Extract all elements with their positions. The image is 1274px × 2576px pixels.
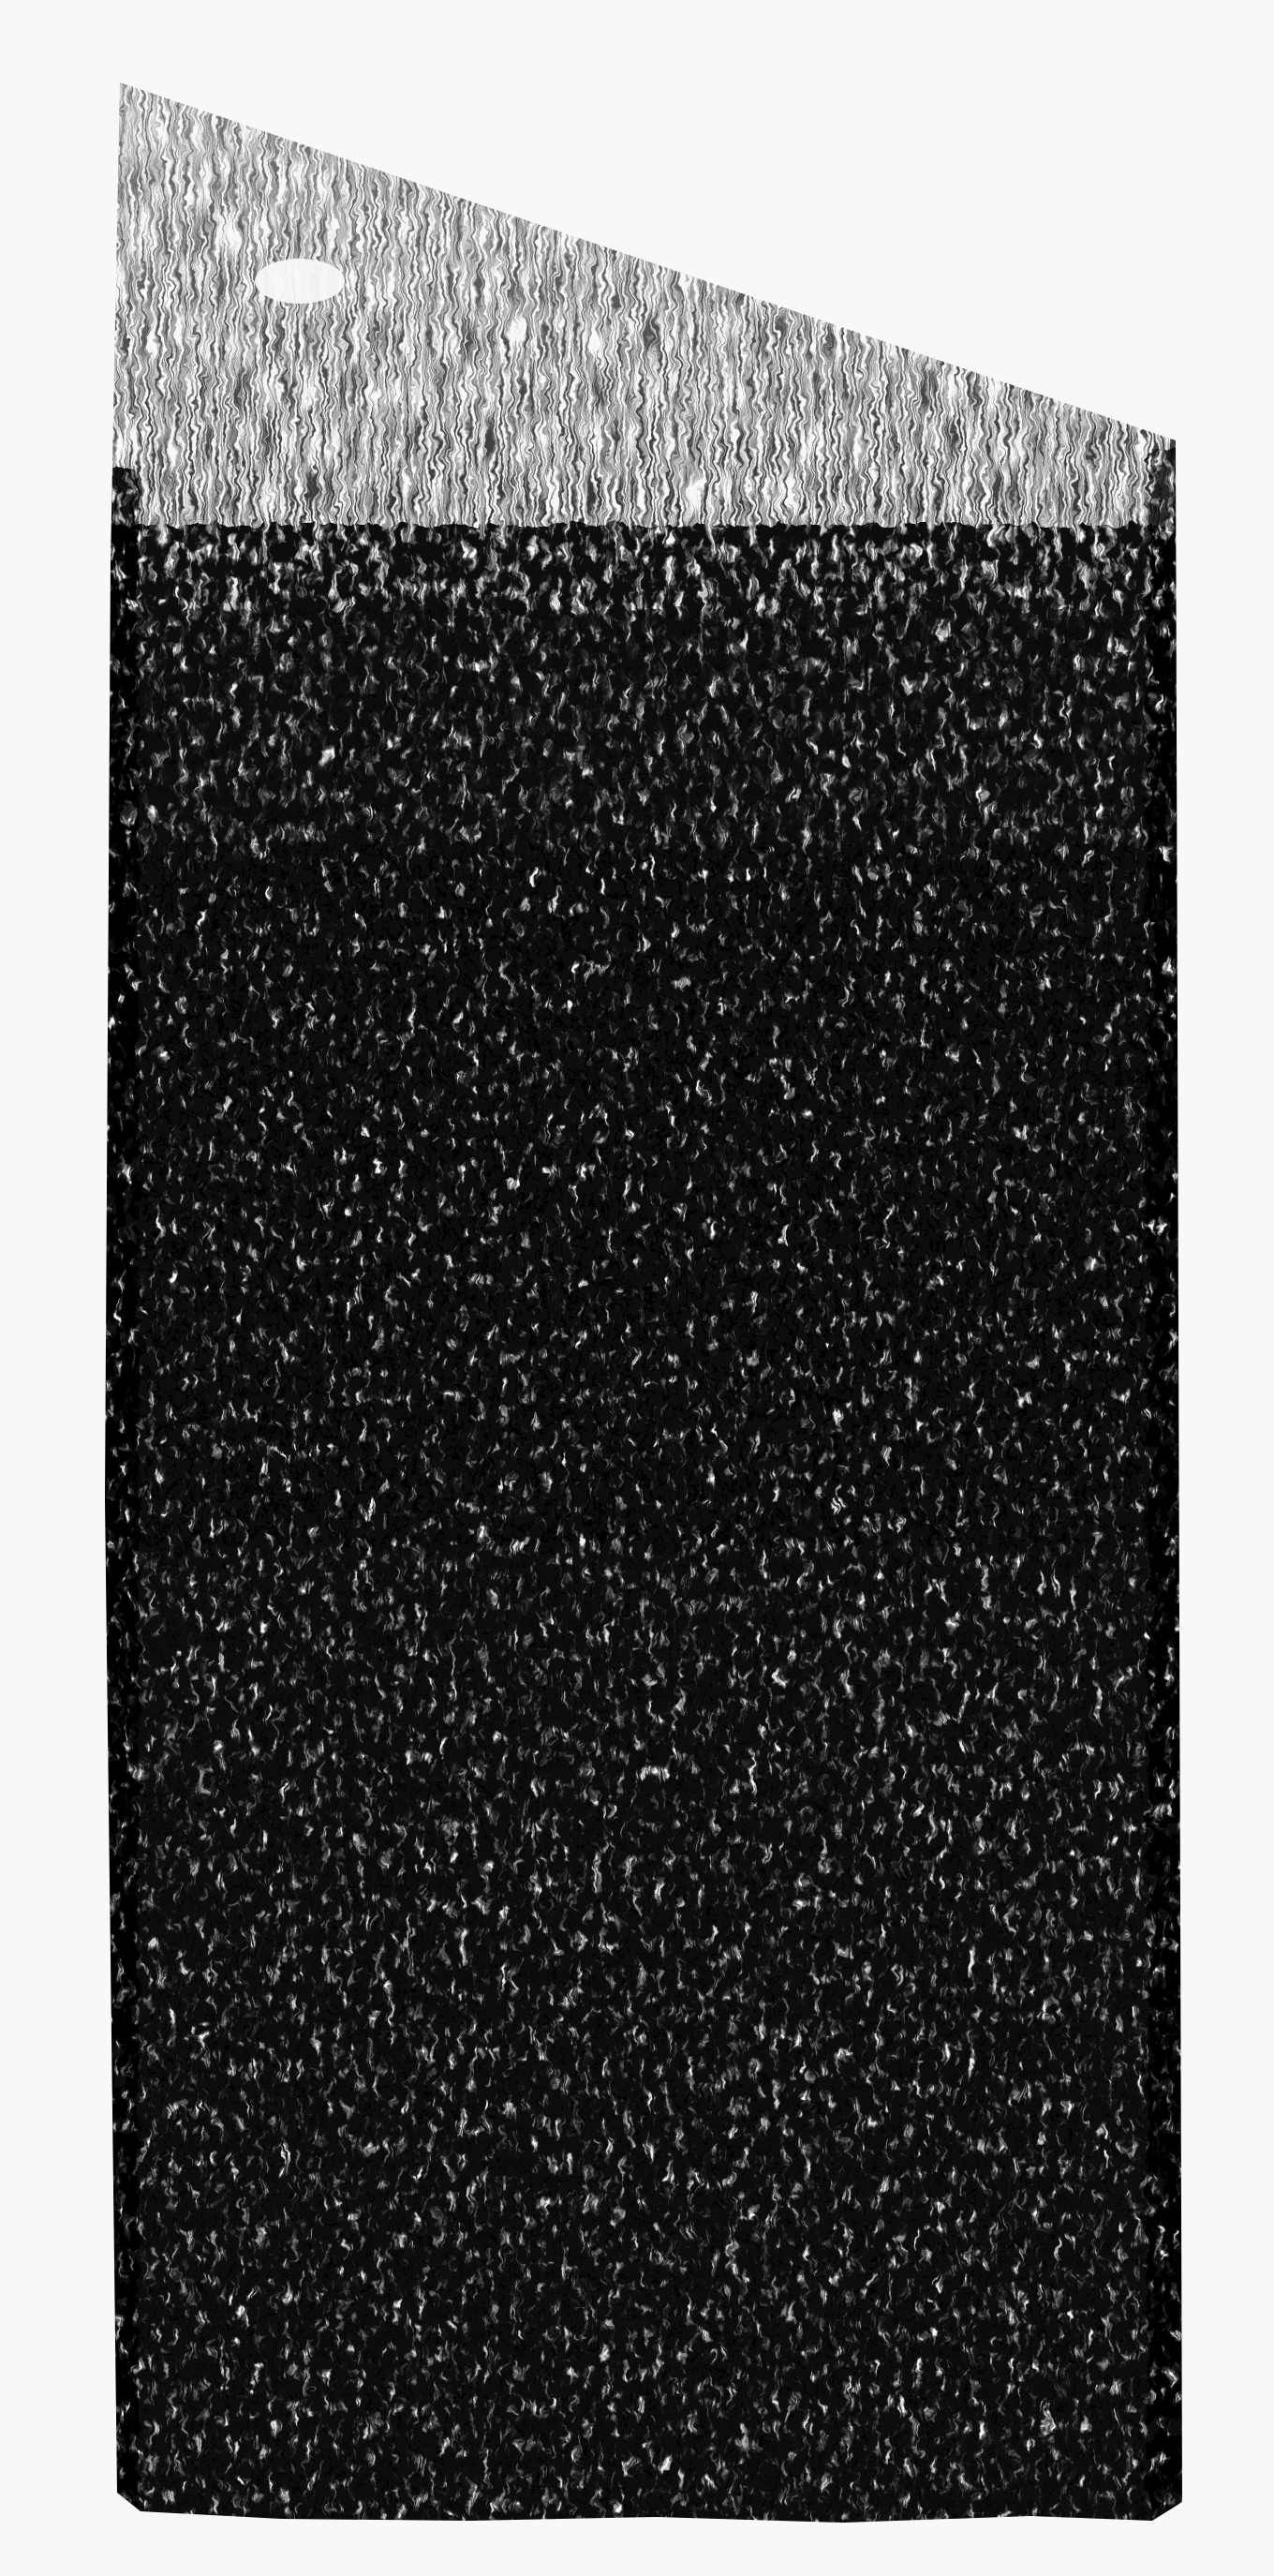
light-spot	[255, 259, 345, 304]
ink-band	[94, 75, 1199, 2549]
ink-print	[0, 0, 1274, 2576]
